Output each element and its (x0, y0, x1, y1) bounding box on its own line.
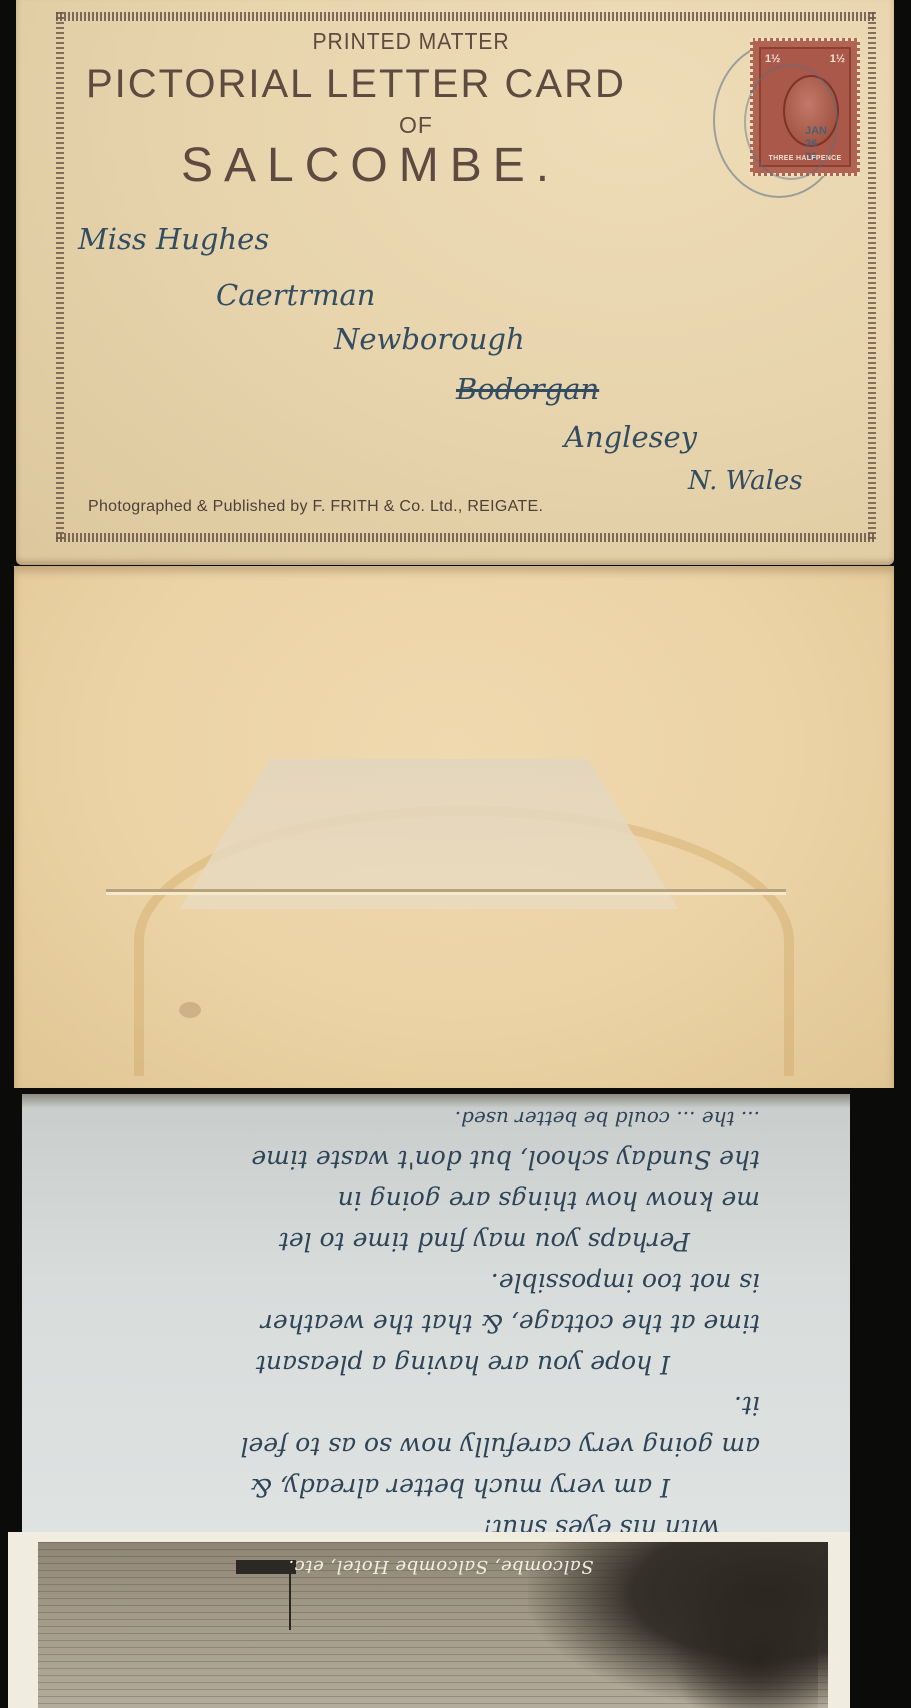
place-name: SALCOMBE. (181, 138, 560, 193)
flagpole (289, 1568, 291, 1630)
address-line-5: N. Wales (688, 466, 803, 496)
address-recipient: Miss Hughes (78, 222, 269, 256)
border-right (868, 12, 876, 542)
stamp-value-left: 1½ (765, 53, 780, 65)
letter-line: am going very carefully now so as to fee… (40, 1426, 760, 1467)
sepia-photograph: Salcombe, Salcombe Hotel, etc. (38, 1542, 828, 1708)
tuck-slot[interactable] (106, 889, 786, 892)
address-line-4: Anglesey (564, 420, 697, 454)
border-left (56, 12, 64, 542)
tree-silhouette-lower (668, 1582, 818, 1708)
letter-card-front-cover: PRINTED MATTER PICTORIAL LETTER CARD OF … (16, 0, 894, 565)
title-connector: OF (16, 112, 816, 139)
letter-line: I am very much better already, & (40, 1467, 760, 1508)
stamp-value-right: 1½ (830, 53, 845, 65)
letter-line: is not too impossible. (40, 1262, 760, 1303)
address-line-1: Caertrman (216, 278, 376, 312)
address-line-2: Newborough (334, 322, 525, 356)
letter-line: Perhaps you may find time to let (40, 1221, 760, 1262)
letter-line: ... the ... could be better used. (40, 1098, 760, 1139)
stain-spot (179, 1002, 201, 1018)
tuck-tab (180, 759, 678, 909)
letter-line: I hope you are having a pleasant (40, 1344, 760, 1385)
letter-body: with his eyes shut! I am very much bette… (40, 1098, 760, 1549)
flag-icon (236, 1560, 296, 1574)
letter-line: it. (40, 1385, 760, 1426)
border-top (56, 12, 876, 21)
photo-caption: Salcombe, Salcombe Hotel, etc. (288, 1556, 808, 1577)
publisher-credit: Photographed & Published by F. FRITH & C… (88, 498, 543, 516)
letter-line: me know how things are going in (40, 1180, 760, 1221)
letter-card-flap (14, 566, 894, 1088)
printed-matter-label: PRINTED MATTER (48, 28, 775, 55)
letter-line: the Sunday school, but don't waste time (40, 1139, 760, 1180)
letter-line: time at the cottage, & that the weather (40, 1303, 760, 1344)
card-title: PICTORIAL LETTER CARD (86, 62, 626, 107)
border-bottom (56, 533, 876, 542)
postmark-inner-ring (744, 64, 838, 180)
address-line-3-struck: Bodorgan (456, 372, 599, 406)
